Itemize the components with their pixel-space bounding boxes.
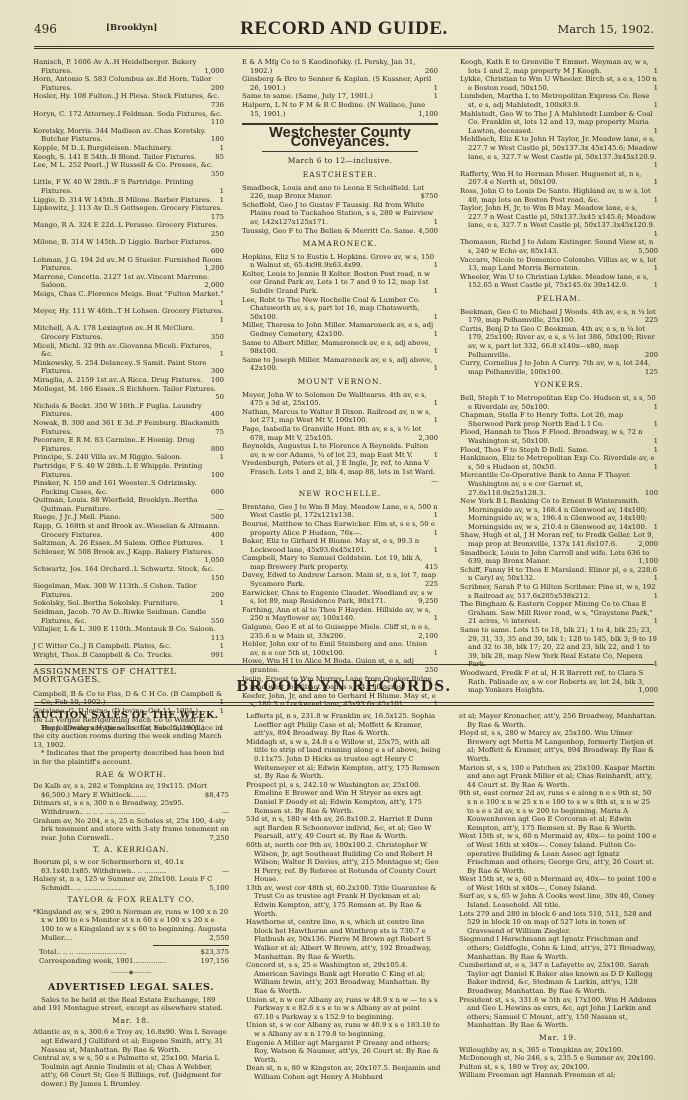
list-item: New York B L Banking Co to Ernest B Wint… [460,497,658,531]
entry-amount: 400 [211,410,224,419]
list-item: Fulton st, s s, 180 w Troy av, 20x100. [459,1063,657,1072]
list-item: Galgano, Geo E et al to Guiseppe Miele. … [242,623,438,640]
entry-amount: 200 [645,351,658,360]
list-item: Willoughby av, n s, 365 e Tompkins av, 2… [459,1046,657,1055]
list-item: Meyer, John W to Solomon De Walltearss. … [242,391,438,408]
entry-amount: 1 [434,416,438,425]
brooklyn-column-1: AUCTION SALES OF THE WEEK. The following… [33,712,229,1089]
entry-amount: 100 [211,471,224,480]
list-item: Liggio, D. 314 W 145th..B Milone. Barber… [33,196,224,205]
entry-text: Thomason, Richd J to Adam Kistinger. Sou… [460,238,653,255]
list-item: Scribner, Sarah P to G Hilton Scribner. … [460,583,658,600]
entry-text: Halpern, L N to F M & R C Bodine. (N Wal… [242,101,425,118]
section-rule [242,123,438,125]
auctioneer-heading: RAE & WORTH. [33,771,229,780]
list-item: Ditmars st, s e s, 300 n e Broadway, 25x… [33,799,229,816]
section-heading: MOUNT VERNON. [242,378,438,387]
list-item: Miraglia, A. 2159 1st av..A Ricca. Drug … [33,376,224,385]
list-item: Taussig, Geo F to The Bellen & Merritt C… [242,227,438,236]
list-item: Concord st, s s, 25 e Washington st, 29x… [246,961,442,995]
entry-text: *Kingsland av, w s, 290 n Norman av, run… [33,908,228,942]
list-item: Hopkins, Eliz S to Eustis L Hopkins. Gro… [242,253,438,270]
total-rule [153,945,229,946]
entry-text: Lipkowitz, J. 113 Av D..S Gottsegen. Gro… [33,204,222,212]
entry-amount: 250 [211,230,224,239]
list-item: Middagh st, s w s, 24.8 s e Willow st, 2… [246,738,442,781]
list-item: Lykke, Christian to Wm U Wheeler. Birch … [460,75,658,92]
entry-text: Lee, M L. 252 Pearl..J W Russell & Co. P… [33,161,213,169]
list-item: Keogh, Kath E to Grenville T Emmet. Weym… [460,58,658,75]
list-item: Rafferty, Wm H to Herman Moser. Huguenot… [460,170,658,187]
entry-text: Nathan, Marcus to Walter B Dixon. Railro… [242,408,431,425]
auction-firms: RAE & WORTH.De Kalb av, s s, 282 e Tompk… [33,771,229,943]
entry-amount: $750 [420,192,438,201]
entry-text: Howe, Wm H I to Alice M Boda. Guion st, … [242,657,414,674]
entry-text: Ditmars st, s e s, 300 n e Broadway, 25x… [33,799,184,816]
entry-amount: 1 [434,546,438,555]
list-item: Same to Joseph Miller. Mamaroneck av, e … [242,356,438,373]
list-item: Lumbden, Martha L to Metropolitan Expres… [460,92,658,109]
entry-text: Marrone, Concetta. 2127 1st av..Vincent … [33,273,209,290]
entry-text: Galgano, Geo E et al to Guiseppe Miele. … [242,623,430,640]
entry-amount: 1 [654,574,658,583]
entry-text: Baker, Eliz to Girhard H Biume. May st, … [242,537,419,554]
entry-text: De Kalb av, s s, 282 e Tompkins av, 19x1… [33,782,207,799]
list-item: Milone, B. 314 W 145th..D Liggio. Barber… [33,238,224,255]
bottom-rule [34,664,654,665]
list-item: Siegmund I Herschmann agt Ignatz Frischm… [459,935,657,961]
list-item: Mitchell, A A. 178 Lexington av..H R McC… [33,324,224,341]
list-item: Boerum pl, s w cor Schermerhorn st, 40.1… [33,858,229,875]
entry-amount: 100 [211,376,224,385]
list-item: Curry, Cornelius J to John A Curry. 7th … [460,359,658,376]
entry-text: Halsey st, n s, 125 w Sumner av, 20x100.… [33,875,212,892]
entry-amount: 225 [425,580,438,589]
sale-date: Mar. 18. [33,1017,229,1026]
brooklyn-column-2: Lefferts pl, n s, 231.8 w Franklin av, 1… [246,712,442,1082]
sale-date: Mar. 19. [459,1034,657,1043]
entry-text: Boerum pl, s w cor Schermerhorn st, 40.1… [33,858,184,875]
list-item: Ruege, J Jr..J Mell. Piano. 500 [33,513,224,522]
list-item: Beekman, Geo C to Michael J Woods. 4th a… [460,308,658,325]
entry-amount: 1 [654,161,658,170]
entry-amount: 1 [434,511,438,520]
entry-text: Meyer, Hy. 111 W 46th..T H Lohsen. Groce… [33,307,223,315]
entry-text: Davey, Edwd to Andrew Larson. Main st, n… [242,571,436,588]
westchester-heading: Westchester County Conveyances. [242,129,438,146]
header-rule-thick [34,48,654,49]
list-item: Kolter, Louis to Jennie B Kolter. Boston… [242,270,438,296]
entry-text: Earwicker, Chas to Eugenie Claudet. Wood… [242,589,433,606]
list-item: Ginsberg & Bro to Senner & Kaplan. (S Ku… [242,75,438,92]
advertised-list-continued: et al; Mayer Kronacher, att'y, 256 Broad… [459,712,657,1030]
entry-text: Farthing, Ann et al to Thos F Hayden. Hi… [242,606,431,623]
entry-text: Bell, Steph T to Metropolitan Exp Co. Hu… [460,394,656,411]
entry-amount: 2,550 [209,934,229,943]
list-item: 9th st, east corner 2d av, runs s e alon… [459,789,657,832]
entry-amount: 1 [654,437,658,446]
list-item: Howe, Wm H I to Alice M Boda. Guion st, … [242,657,438,674]
entry-text: Shaw, Hugh et al, J H Moran ref, to Fred… [460,531,654,548]
entry-amount: 1 [220,144,224,153]
list-item: J C Witter Co..J R Campbell. Plates, &c.… [33,642,224,651]
entry-text: Pecoraro, E R M. 83 Carmine..E Hoenig. D… [33,436,195,453]
corresponding-label: Corresponding week, 1901............... [39,957,166,966]
new-rochelle-continued-list: Keogh, Kath E to Grenville T Emmet. Weym… [460,58,658,290]
list-item: Bourne, Matthew to Chas Earwicker. Elm s… [242,520,438,537]
entry-amount: 600 [211,488,224,497]
entry-text: Chapman, Stella F to Henry Tofts. Lot 26… [460,411,623,428]
list-item: Prospect pl, s s, 242.10 w Washington av… [246,781,442,815]
list-item: Smadbeck, Louis and ano to Leona E Schol… [242,184,438,201]
entry-text: The Bingham & Eastern Copper Mining Co t… [460,600,653,625]
entry-text: Pinsker, N. 159 and 161 Wooster..S Odriz… [33,479,197,496]
entry-amount: 1 [654,84,658,93]
list-item: Horn, Antonio S. 583 Columbus av..Ed Hor… [33,75,224,92]
entry-amount: 9,250 [418,597,438,606]
entry-text: E & A Mfg Co to S Kaodinofsky. (L Persky… [242,58,415,75]
entry-text: Vredenburgh, Peters et al, J E Ingle, Jr… [242,459,435,476]
list-item: *Kingsland av, w s, 290 n Norman av, run… [33,908,229,942]
entry-text: Campbell, Mary to Samuel Goldstein. Lot … [242,554,422,571]
entry-amount: 991 [211,651,224,660]
entry-amount: 175 [211,213,224,222]
entry-text: Meyer, John W to Solomon De Walltearss. … [242,391,427,408]
entry-text: Ross, John G to Louis De Santo. Highland… [460,187,651,204]
entry-text: Lykke, Christian to Wm U Wheeler. Birch … [460,75,657,92]
list-item: Eugenie A Miller agt Margaret P Greany a… [246,1039,442,1065]
entry-text: Keogh, Kath E to Grenville T Emmet. Weym… [460,58,649,75]
entry-text: Mitchell, A A. 178 Lexington av..H R McC… [33,324,195,341]
list-item: Mango, R A. 324 E 22d..L Perasso. Grocer… [33,221,224,238]
list-item: West 15th st, w s, 60 n Mermaid av, 40x—… [459,875,657,892]
entry-amount: 350 [211,333,224,342]
entry-amount: — [431,477,438,486]
list-item: Lefferts pl, n s, 231.8 w Franklin av, 1… [246,712,442,738]
auctioneer-heading: TAYLOR & FOX REALTY CO. [33,896,229,905]
entry-text: Quitman, Louis. 88 Wierfield, Brooklyn..… [33,496,197,513]
entry-text: Curry, Cornelius J to John A Curry. 7th … [460,359,650,376]
entry-text: Miller, Theresa to John Miller. Mamarone… [242,321,433,338]
entry-amount: 1 [654,178,658,187]
entry-amount: 7,250 [209,834,229,843]
list-item: Schleuer, W. 508 Brook av..J Kapp. Baker… [33,548,224,565]
list-item: Cumberland st, e s, 347 n Lafayette av, … [459,961,657,995]
list-item: Ross, John G to Louis De Santo. Highland… [460,187,658,204]
entry-text: Lee, Robt to The New Rochelle Coal & Lum… [242,296,420,321]
entry-amount: 200 [211,591,224,600]
entry-text: Kopple, M D..L Burgeleisen. Machinery. [33,144,172,152]
entry-amount: 2,300 [418,434,438,443]
entry-text: Taussig, Geo F to The Bellen & Merritt C… [242,227,416,235]
entry-text: Ginsberg & Bro to Senner & Kaplan. (S Ku… [242,75,431,92]
entry-text: Nowak, B. 300 and 361 E 3d..P Feinburg. … [33,419,219,436]
entry-amount: 1 [654,446,658,455]
section-rule [262,151,418,152]
list-item: Schwartz, Jos. 164 Orchard..L Schwartz. … [33,565,224,582]
westchester-sections-continued: PELHAM.Beekman, Geo C to Michael J Woods… [460,295,658,695]
list-item: Same to same. (Same, July 17, 1901.) 1 [242,92,438,101]
list-item: Seidman, Jacob. 70 Av D..Riwke Seidman. … [33,608,224,625]
advertised-list-continued: Lefferts pl, n s, 231.8 w Franklin av, 1… [246,712,442,1082]
entry-amount: 1 [434,92,438,101]
list-item: Mollegat, M. 166 Essex..S Eichhorn. Tail… [33,385,224,402]
list-item: Farthing, Ann et al to Thos F Hayden. Hi… [242,606,438,623]
entry-amount: 1 [654,281,658,290]
list-item: De Kalb av, s s, 282 e Tompkins av, 19x1… [33,782,229,799]
entry-text: Flood, Hannah to Thos F Flood. Broadway,… [460,428,643,445]
list-item: Bell, Steph T to Metropolitan Exp Co. Hu… [460,394,658,411]
entry-amount: 5,500 [638,247,658,256]
entry-text: Smadbeck, Louis to John Carroll and wife… [460,549,649,566]
brooklyn-column-3: et al; Mayer Kronacher, att'y, 256 Broad… [459,712,657,1080]
list-item: Saltzman, A. 26 Essex..M Salem. Office F… [33,539,224,548]
entry-amount: 1 [434,649,438,658]
entry-text: Graham av, No 204, e s, 25 n Scholes st,… [33,817,229,842]
entry-amount: 1 [220,187,224,196]
list-item: Mehlbach, Eliz K to John H Taylor, Jr. M… [460,135,658,169]
list-item: Hebler, John exr of to Emil Steinberg an… [242,640,438,657]
entry-text: Lohman, J G. 194 2d av..M G Stueler. Fur… [33,256,222,273]
entry-text: Rapp, G. 168th st and Brook av..Wieselan… [33,522,220,539]
entry-amount: 50 [215,393,224,402]
list-item: Wright, Thos..B Campbell & Co. Trucks. 9… [33,651,224,660]
entry-amount: 1 [434,364,438,373]
entry-text: Little, F W. 40 W 28th..F S Partridge. P… [33,178,193,195]
entry-amount: 1 [220,642,224,651]
entry-amount: 85 [215,153,224,162]
entry-text: Villajier, L & L. 309 E 110th..Montauk B… [33,625,215,633]
entry-amount: 1 [220,350,224,359]
entry-amount: 2,100 [418,632,438,641]
entry-text: Same to same. (Same, July 17, 1901.) [242,92,373,100]
list-item: Hawthorne st, centre line, n s, which at… [246,918,442,961]
entry-text: Reynolds, Augustus L to Florence A Reyno… [242,442,428,459]
entry-amount: 1 [654,617,658,626]
entry-amount: 1,100 [638,557,658,566]
entry-amount: 1 [220,299,224,308]
list-item: Keogh, S. 141 E 54th..B Blond. Tailor Fi… [33,153,224,162]
entry-amount: 1 [654,523,658,532]
list-item: Lipkowitz, J. 113 Av D..S Gottsegen. Gro… [33,204,224,221]
entry-amount: 1 [220,539,224,548]
entry-text: New York B L Banking Co to Ernest B Wint… [460,497,647,531]
advertised-heading: ADVERTISED LEGAL SALES. [33,984,229,993]
entry-amount: 260 [425,67,438,76]
entry-text: Same to same. Lots 15 to 18, blk 21; 1 t… [460,626,657,668]
entry-text: Horyn, C. 172 Attorney..I Feldman. Soda … [33,110,222,118]
entry-text: Miceli, Michl. 32 9th av..Giovanna Micel… [33,342,212,359]
list-item: Mercantile Co-Operative Bank to Anna F T… [460,471,658,497]
entry-amount: 1 [434,330,438,339]
list-item: Shaw, Hugh et al, J H Moran ref, to Fred… [460,531,658,548]
list-item: Reynolds, Augustus L to Florence A Reyno… [242,442,438,459]
entry-text: Curtis, Benj D to Geo C Beekman. 4th av,… [460,325,655,359]
list-item: Thomason, Richd J to Adam Kistinger. Sou… [460,238,658,255]
list-item: Mahlstedt, Geo W to The J A Mahlstedt Lu… [460,110,658,136]
entry-amount: 1 [220,196,224,205]
list-item: Halpern, L N to F M & R C Bodine. (N Wal… [242,101,438,118]
list-item: Nichols & Beckt. 350 W 16th..F Puglia. L… [33,402,224,419]
entry-amount: 1 [654,101,658,110]
section-heading: PELHAM. [460,295,658,304]
list-item: Lohman, J G. 194 2d av..M G Stueler. Fur… [33,256,224,273]
header-rule [34,46,654,47]
entry-amount: 110 [211,118,224,127]
list-item: Principe, S. 240 Villa av..M Riggio. Sal… [33,453,224,462]
advertised-list: Atlantic av, n s, 300.6 e Troy av, 16.8x… [33,1028,229,1088]
entry-text: Mollegat, M. 166 Essex..S Eichhorn. Tail… [33,385,216,393]
section-heading: NEW ROCHELLE. [242,490,438,499]
entry-amount: 1,200 [204,264,224,273]
list-item: Graham av, No 204, e s, 25 n Scholes st,… [33,817,229,843]
entry-amount: 180 [211,135,224,144]
entry-amount: 1 [434,529,438,538]
entry-amount: 1,050 [204,556,224,565]
westchester-sections: EASTCHESTER.Smadbeck, Louis and ano to L… [242,171,438,709]
entry-text: Scribner, Sarah P to G Hilton Scribner. … [460,583,656,600]
entry-amount: 75 [215,428,224,437]
entry-text: Lumbden, Martha L to Metropolitan Expres… [460,92,650,109]
auction-heading: AUCTION SALES OF THE WEEK. [33,712,229,721]
list-item: Page, Isabella to Granville Hunt. 8th av… [242,425,438,442]
entry-text: Minkowsky, S. 254 Delancey..S Samit. Pai… [33,359,207,376]
list-item: Flood, Thos F to Steph D Bell. Same. 1 [460,446,658,455]
list-item: E & A Mfg Co to S Kaodinofsky. (L Persky… [242,58,438,75]
list-item: Quitman, Louis. 88 Wierfield, Brooklyn..… [33,496,224,513]
list-item: 13th av, west cor 48th st, 60.2x100. Tit… [246,884,442,918]
list-item: Partridge, F S. 40 W 28th..L E Whipple. … [33,462,224,479]
entry-amount: 1 [434,218,438,227]
entry-amount: — [222,808,229,817]
entry-amount: 1 [654,660,658,669]
section-heading: YONKERS. [460,381,658,390]
entry-text: Hankinson, Eliz to Metropolitan Exp Co. … [460,454,655,471]
list-item: Union st, n w cor Albany av, runs w 48.9… [246,996,442,1022]
entry-amount: 300 [211,367,224,376]
entry-text: Horn, Antonio S. 583 Columbus av..Ed Hor… [33,75,211,92]
list-item: Rapp, G. 168th st and Brook av..Wieselan… [33,522,224,539]
list-item: Flood, Hannah to Thos F Flood. Broadway,… [460,428,658,445]
entry-text: Same to Albert Miller, Mamaroneck av, e … [242,339,431,356]
list-item: Horyn, C. 172 Attorney..I Feldman. Soda … [33,110,224,127]
entry-text: Taylor, John H, Jr, to Wm B May. Meadow … [460,204,656,229]
entry-text: Mahlstedt, Geo W to The J A Mahlstedt Lu… [460,110,653,135]
entry-amount: 1,100 [418,110,438,119]
chattel-continued-list: E & A Mfg Co to S Kaodinofsky. (L Persky… [242,58,438,118]
entry-text: Rafferty, Wm H to Herman Moser. Huguenot… [460,170,641,187]
entry-text: Mercantile Co-Operative Bank to Anna F T… [460,471,631,496]
list-item: Koretsky, Morris. 344 Madison av..Chas K… [33,127,224,144]
entry-amount: 1 [434,313,438,322]
entry-text: J C Witter Co..J R Campbell. Plates, &c. [33,642,171,650]
entry-text: Wright, Thos..B Campbell & Co. Trucks. [33,651,173,659]
list-item: Brentano, Geo J to Wm B May. Meadow Lane… [242,503,438,520]
newspaper-page: 496 [Brooklyn] RECORD AND GUIDE. March 1… [0,0,688,1100]
list-item: Same to Albert Miller, Mamaroneck av, e … [242,339,438,356]
entry-text: Seidman, Jacob. 70 Av D..Riwke Seidman. … [33,608,206,625]
advertised-intro: Sales to be held at the Real Estate Exch… [33,996,229,1013]
chattel-entries-list: Hanisch, P. 1606 Av A..H Heidelberger. B… [33,58,224,660]
entry-amount: 1 [434,261,438,270]
entry-amount: 415 [425,563,438,572]
entry-amount: $8,475 [205,791,229,800]
brooklyn-records-heading: BROOKLYN RECORDS. [0,676,688,696]
list-item: Schiff, Fanny H to Thos E Marsland. Elin… [460,566,658,583]
entry-text: Brentano, Geo J to Wm B May. Meadow Lane… [242,503,438,520]
entry-amount: 2,000 [204,281,224,290]
entry-amount: 736 [211,101,224,110]
list-item: Campbell, Mary to Samuel Goldstein. Lot … [242,554,438,571]
entry-text: Wheeler, Wm U to Christian Lykke. Meadow… [460,273,649,290]
entry-amount: 400 [211,531,224,540]
entry-amount: 200 [211,84,224,93]
list-item: Lee, Robt to The New Rochelle Coal & Lum… [242,296,438,322]
entry-amount: 1,000 [204,67,224,76]
entry-text: Ruege, J Jr..J Mell. Piano. [33,513,121,521]
list-item: William Freeman agt Hannah Freeman et al… [459,1071,657,1080]
list-item: Pecoraro, E R M. 83 Carmine..E Hoenig. D… [33,436,224,453]
column-1: Hanisch, P. 1606 Av A..H Heidelberger. B… [33,58,224,733]
brooklyn-rule [34,702,654,703]
list-item: Curtis, Benj D to Geo C Beekman. 4th av,… [460,325,658,359]
entry-amount: 125 [645,368,658,377]
entry-text: Vaccaro, Nicolo to Domenico Colombo. Vil… [460,256,657,273]
entry-amount: 1 [654,403,658,412]
entry-text: Principe, S. 240 Villa av..M Riggio. Sal… [33,453,182,461]
entry-text: Siegelman, Max. 300 W 113th..S Cohen. Ta… [33,582,197,599]
corresponding-value: 197,156 [201,957,230,966]
list-item: Marion st, s s, 100 e Patchen av, 25x100… [459,764,657,790]
entry-amount: 1 [434,399,438,408]
list-item: Earwicker, Chas to Eugenie Claudet. Wood… [242,589,438,606]
list-item: Marrone, Concetta. 2127 1st av..Vincent … [33,273,224,290]
entry-amount: 1 [434,347,438,356]
list-item: Smadbeck, Louis to John Carroll and wife… [460,549,658,566]
list-item: McDonough st, No 246, s s, 235.5 e Sumne… [459,1054,657,1063]
date-range: March 6 to 12—inclusive. [242,157,438,166]
entry-amount: — [217,505,224,514]
entry-text: Liggio, D. 314 W 145th..B Milone. Barber… [33,196,212,204]
list-item: Hanisch, P. 1606 Av A..H Heidelberger. B… [33,58,224,75]
entry-text: Schwartz, Jos. 164 Orchard..L Schwartz. … [33,565,214,573]
entry-text: Hopkins, Eliz S to Eustis L Hopkins. Gro… [242,253,434,270]
list-item: Wheeler, Wm U to Christian Lykke. Meadow… [460,273,658,290]
list-item: Lee, M L. 252 Pearl..J W Russell & Co. P… [33,161,224,178]
entry-text: Keogh, S. 141 E 54th..B Blond. Tailor Fi… [33,153,196,161]
list-item: Hankinson, Eliz to Metropolitan Exp Co. … [460,454,658,471]
entry-text: Nichols & Beckt. 350 W 16th..F Puglia. L… [33,402,202,419]
list-item: Same to same. Lots 15 to 18, blk 21; 1 t… [460,626,658,669]
entry-amount: 1 [654,264,658,273]
auction-intro: The following are the sales that have ta… [33,724,229,750]
entry-amount: 113 [211,634,224,643]
entry-amount: 1 [220,599,224,608]
entry-text: Scheffold, Geo J to Gustav F Taussig. Rd… [242,201,433,226]
list-item: Sokolsky, Sol..Bertha Sokolsky. Furnitur… [33,599,224,608]
auctioneer-heading: T. A. KERRIGAN. [33,846,229,855]
entry-amount: 1 [434,287,438,296]
entry-amount: 350 [211,170,224,179]
entry-text: Partridge, F S. 40 W 28th..L E Whipple. … [33,462,202,479]
entry-text: Bourne, Matthew to Chas Earwicker. Elm s… [242,520,435,537]
list-item: West 15th st, w s, 60 n Mermaid av, 40x—… [459,832,657,875]
column-3: Keogh, Kath E to Grenville T Emmet. Weym… [460,58,658,695]
list-item: Miceli, Michl. 32 9th av..Giovanna Micel… [33,342,224,359]
entry-text: Beekman, Geo C to Michael J Woods. 4th a… [460,308,656,325]
list-item: Scheffold, Geo J to Gustav F Taussig. Rd… [242,201,438,227]
entry-amount: — [222,867,229,876]
